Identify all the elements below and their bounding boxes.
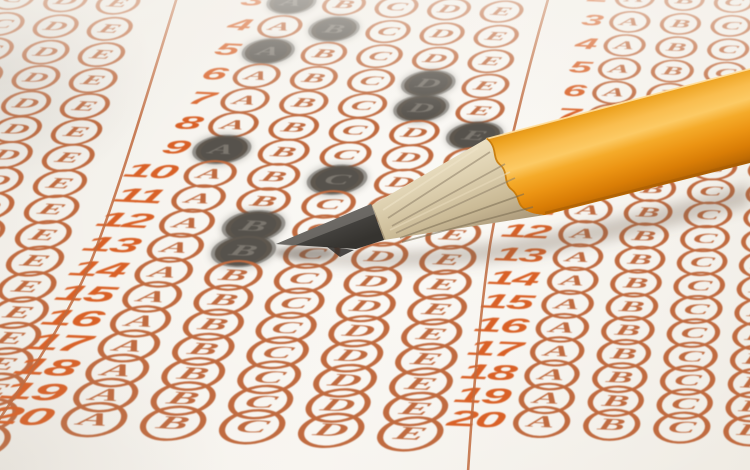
bubble-cell: A	[502, 405, 581, 440]
question-number: 10	[508, 174, 569, 194]
answer-bubble: A	[612, 0, 658, 10]
answer-bubble: B	[662, 0, 708, 12]
answer-bubble: C	[697, 84, 747, 109]
answer-bubble: C	[701, 61, 750, 86]
question-number: 12	[494, 221, 558, 242]
answer-bubble-filled: A	[239, 38, 297, 64]
answer-bubble: E	[90, 0, 147, 16]
bubble-cell: A	[578, 103, 640, 129]
question-number: 2	[563, 0, 614, 5]
answer-bubble-filled: D	[399, 70, 458, 97]
answer-bubble: E	[474, 0, 528, 24]
bubble-cell: A	[602, 10, 658, 34]
answer-bubble: E	[450, 97, 511, 125]
answer-bubble-filled: D	[391, 95, 452, 123]
answer-bubble-filled: A	[264, 0, 318, 14]
bubble-cell: E	[469, 0, 533, 24]
question-number: 9	[515, 151, 575, 171]
bubble-cell: C	[706, 0, 750, 14]
question-number: 11	[501, 198, 563, 219]
answer-bubble: E	[369, 415, 452, 453]
bubble-cell: C	[689, 107, 750, 133]
bubble-cell: A	[607, 0, 662, 10]
bubble-cell: C	[699, 37, 750, 61]
answer-bubble: B	[317, 0, 371, 17]
answer-bubble: C	[694, 107, 745, 133]
bubble-cell: C	[703, 14, 750, 38]
bubble-cell: C	[692, 84, 750, 110]
bubble-cell: E	[457, 48, 525, 74]
answer-bubble: C	[649, 410, 714, 444]
answer-bubble: D	[422, 0, 476, 21]
answer-bubble: C	[704, 38, 750, 62]
bubble-cell: E	[450, 72, 520, 99]
answer-bubble: B	[132, 404, 215, 442]
answer-bubble: C	[211, 408, 294, 446]
answer-bubble: E	[456, 73, 515, 100]
answer-bubble: B	[295, 41, 353, 67]
answer-bubble: C	[711, 0, 750, 14]
question-number: 14	[480, 267, 546, 289]
answer-bubble: D	[290, 411, 373, 449]
question-number: 4	[549, 35, 603, 52]
question-number: 3	[556, 12, 609, 29]
answer-bubble: A	[252, 14, 308, 39]
answer-bubble: C	[708, 14, 750, 37]
answer-bubble: C	[360, 19, 416, 44]
answer-bubble: C	[369, 0, 423, 19]
answer-bubble: A	[227, 62, 286, 89]
question-number: 8	[521, 128, 580, 147]
answer-bubble: D	[406, 46, 464, 72]
answer-bubble: E	[71, 41, 131, 68]
answer-bubble: A	[595, 57, 644, 82]
bubble-cell: B	[657, 0, 712, 12]
answer-bubble: E	[462, 48, 520, 74]
answer-bubble: E	[468, 24, 524, 49]
answer-sheet: 1ABCDE2ABCDE3ABCDE4ABCDE5ABCDE6ABCDE7ABC…	[0, 0, 750, 470]
bubble-cell: B	[633, 105, 695, 131]
bubble-cell: B	[638, 82, 698, 108]
answer-bubble: D	[414, 21, 470, 46]
answer-bubble: C	[332, 92, 393, 120]
bubble-cell: E	[85, 0, 152, 16]
answer-bubble: B	[639, 105, 690, 131]
bubble-cell: A	[590, 56, 649, 81]
answer-bubble: B	[579, 408, 644, 442]
answer-bubble: E	[53, 92, 117, 121]
question-number: 5	[542, 58, 597, 76]
answer-bubble: E	[80, 16, 139, 42]
answer-bubble: A	[606, 10, 653, 33]
bubble-cell: B	[648, 35, 706, 59]
bubble-cell: A	[584, 80, 644, 106]
scantron-photo: 1ABCDE2ABCDE3ABCDE4ABCDE5ABCDE6ABCDE7ABC…	[0, 0, 750, 470]
answer-bubble: C	[341, 68, 400, 95]
bubble-cell: B	[572, 407, 651, 442]
question-number: 7	[528, 105, 585, 124]
bubble-cell: A	[596, 33, 654, 57]
bubble-cell: C	[696, 61, 750, 86]
bubble-cell: B	[643, 59, 702, 84]
answer-bubble: A	[601, 33, 649, 57]
answer-bubble: A	[215, 87, 276, 115]
answer-bubble: B	[648, 59, 697, 84]
bubble-cell: E	[463, 24, 529, 50]
answer-bubble-filled: B	[306, 17, 362, 42]
answer-bubble: A	[589, 80, 639, 105]
answer-bubble: D	[719, 413, 750, 447]
answer-bubble: B	[273, 89, 334, 117]
answer-bubble: A	[53, 401, 136, 439]
bubble-cell: C	[643, 410, 722, 445]
answer-bubble: C	[351, 43, 409, 69]
question-number: 6	[535, 81, 591, 99]
question-number: 13	[487, 244, 552, 266]
answer-bubble: E	[62, 67, 124, 95]
answer-bubble: A	[509, 405, 574, 439]
bubble-cell: B	[652, 12, 708, 36]
answer-bubble: B	[284, 65, 343, 92]
question-number: 20	[439, 407, 512, 432]
answer-bubble: B	[643, 82, 693, 107]
answer-bubble: B	[653, 35, 701, 59]
answer-bubble: B	[657, 12, 704, 35]
answer-bubble: A	[584, 103, 635, 129]
